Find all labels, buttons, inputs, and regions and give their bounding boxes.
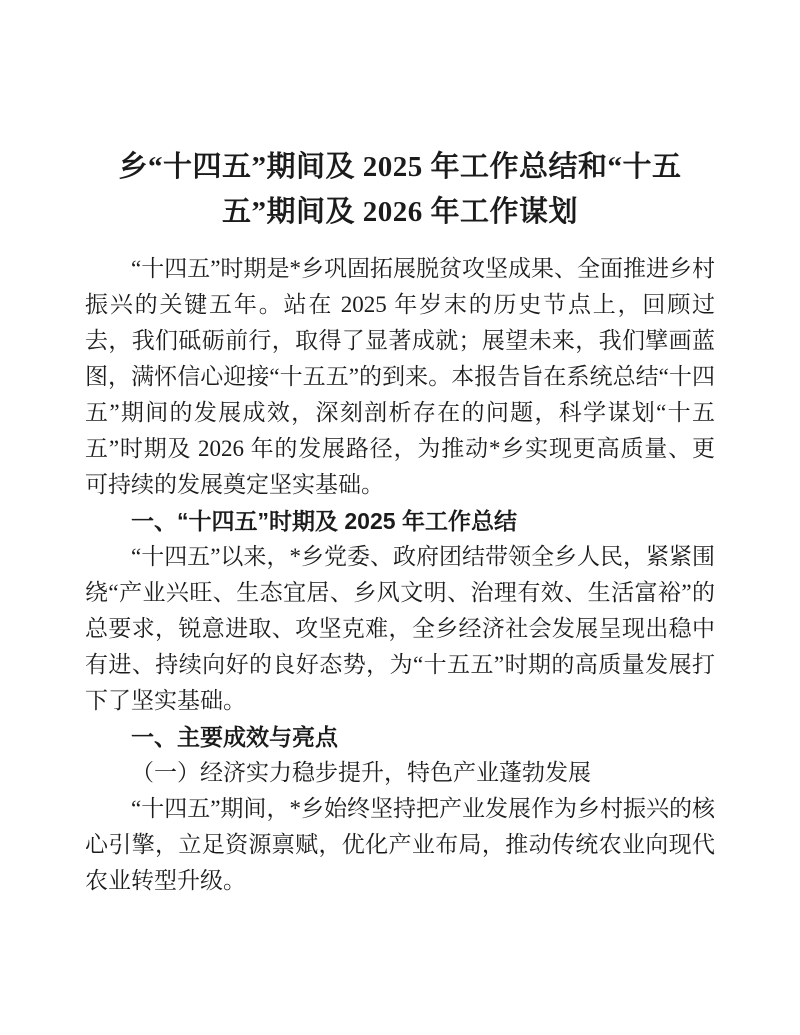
intro-paragraph: “十四五”时期是*乡巩固拓展脱贫攻坚成果、全面推进乡村振兴的关键五年。站在 20… — [85, 251, 715, 503]
section-intro-paragraph: “十四五”以来，*乡党委、政府团结带领全乡人民，紧紧围绕“产业兴旺、生态宜居、乡… — [85, 539, 715, 719]
point-heading-economy: （一）经济实力稳步提升，特色产业蓬勃发展 — [85, 755, 715, 791]
subsection-heading-achievements: 一、主要成效与亮点 — [85, 719, 715, 755]
economy-paragraph: “十四五”期间，*乡始终坚持把产业发展作为乡村振兴的核心引擎，立足资源禀赋，优化… — [85, 791, 715, 899]
document-page: 乡“十四五”期间及 2025 年工作总结和“十五五”期间及 2026 年工作谋划… — [0, 0, 800, 1035]
document-title: 乡“十四五”期间及 2025 年工作总结和“十五五”期间及 2026 年工作谋划 — [85, 145, 715, 235]
section-heading-work-summary: 一、“十四五”时期及 2025 年工作总结 — [85, 503, 715, 539]
